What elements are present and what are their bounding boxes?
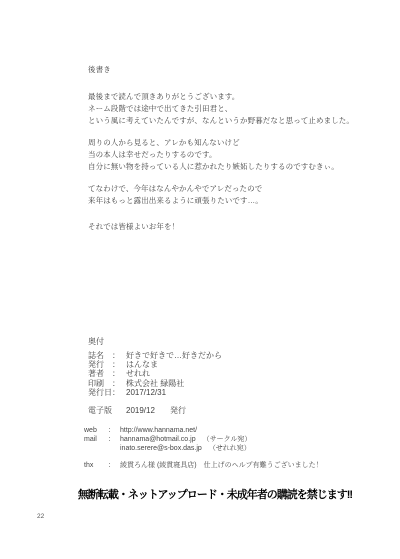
afterword-closing: それでは皆様よいお年を！ bbox=[88, 221, 388, 233]
afterword-line: 当の本人は幸せだったりするのです。 bbox=[88, 149, 388, 161]
colophon-separator: ： bbox=[112, 388, 126, 397]
website-url: http://www.hannama.net/ bbox=[120, 427, 197, 436]
email-address: inato.serere@s-box.das.jp bbox=[120, 445, 202, 454]
colophon-section: 奥付 誌名 ： 好きで好きで…好きだから 発行 ： はんなま 著者 ： せれれ … bbox=[88, 337, 388, 416]
colophon-separator: ： bbox=[112, 369, 126, 378]
colophon-value: せれれ bbox=[126, 369, 150, 378]
afterword-line: ネーム段階では途中で出てきた引田君と、 bbox=[88, 103, 388, 115]
colophon-label: 発行 bbox=[88, 360, 112, 369]
afterword-line: という風に考えていたんですが、なんというか野暮だなと思って止めました。 bbox=[88, 115, 388, 127]
digital-edition-suffix: 発行 bbox=[170, 406, 186, 415]
colophon-row-publisher: 発行 ： はんなま bbox=[88, 360, 388, 369]
afterword-line: 最後まで読んで頂きありがとうございます。 bbox=[88, 91, 388, 103]
colophon-value: 2017/12/31 bbox=[126, 388, 166, 397]
email-note: （サークル宛） bbox=[203, 436, 252, 445]
colophon-value: 好きで好きで…好きだから bbox=[126, 351, 222, 360]
digital-edition-label: 電子版 bbox=[88, 406, 126, 415]
colophon-separator: ： bbox=[112, 351, 126, 360]
contact-row-mail-circle: mail ： hannama@hotmail.co.jp （サークル宛） bbox=[84, 436, 384, 445]
reproduction-warning: 無断転載・ネットアップロード・未成年者の購読を禁じます!! bbox=[30, 486, 400, 502]
colophon-separator: ： bbox=[112, 360, 126, 369]
contact-separator: ： bbox=[108, 462, 120, 471]
colophon-value: 株式会社 緑陽社 bbox=[126, 379, 184, 388]
thanks-name: 綾貫ろん様 (綾貫寝具店) bbox=[120, 462, 197, 471]
contact-row-thanks: thx ： 綾貫ろん様 (綾貫寝具店) 仕上げのヘルプ有難うございました！ bbox=[84, 462, 384, 471]
digital-edition-row: 電子版 2019/12 発行 bbox=[88, 406, 388, 415]
colophon-title: 奥付 bbox=[88, 337, 388, 346]
afterword-paragraph: 最後まで読んで頂きありがとうございます。 ネーム段階では途中で出てきた引田君と、… bbox=[88, 91, 388, 127]
colophon-separator: ： bbox=[112, 379, 126, 388]
afterword-line: 周りの人から見ると、アレかも知んないけど bbox=[88, 137, 388, 149]
afterword-line: 自分に無い物を持っている人に惹かれたり嫉妬したりするのですむきぃ。 bbox=[88, 161, 388, 173]
afterword-paragraph: 周りの人から見ると、アレかも知んないけど 当の本人は幸せだったりするのです。 自… bbox=[88, 137, 388, 173]
contact-section: web ： http://www.hannama.net/ mail ： han… bbox=[84, 427, 384, 471]
contact-label: web bbox=[84, 427, 108, 436]
contact-separator: ： bbox=[108, 436, 120, 445]
contact-separator: ： bbox=[108, 427, 120, 436]
colophon-label: 著者 bbox=[88, 369, 112, 378]
contact-label bbox=[84, 445, 108, 454]
afterword-line: てなわけで、今年はなんやかんやでアレだったので bbox=[88, 183, 388, 195]
contact-label: mail bbox=[84, 436, 108, 445]
thanks-message: 仕上げのヘルプ有難うございました！ bbox=[204, 462, 323, 471]
contact-label: thx bbox=[84, 462, 108, 471]
contact-separator bbox=[108, 445, 120, 454]
afterword-paragraph: てなわけで、今年はなんやかんやでアレだったので 来年はもっと露出出来るように頑張… bbox=[88, 183, 388, 207]
email-note: （せれれ宛） bbox=[209, 445, 251, 454]
page-number: 22 bbox=[37, 513, 44, 520]
colophon-row-title: 誌名 ： 好きで好きで…好きだから bbox=[88, 351, 388, 360]
colophon-row-pubdate: 発行日 ： 2017/12/31 bbox=[88, 388, 388, 397]
digital-edition-date: 2019/12 bbox=[126, 406, 170, 415]
colophon-row-author: 著者 ： せれれ bbox=[88, 369, 388, 378]
colophon-label: 誌名 bbox=[88, 351, 112, 360]
contact-row-web: web ： http://www.hannama.net/ bbox=[84, 427, 384, 436]
colophon-label: 印刷 bbox=[88, 379, 112, 388]
afterword-line: それでは皆様よいお年を！ bbox=[88, 221, 388, 233]
colophon-value: はんなま bbox=[126, 360, 158, 369]
colophon-label: 発行日 bbox=[88, 388, 112, 397]
afterword-line: 来年はもっと露出出来るように頑張りたいです…。 bbox=[88, 195, 388, 207]
contact-row-mail-author: inato.serere@s-box.das.jp （せれれ宛） bbox=[84, 445, 384, 454]
email-address: hannama@hotmail.co.jp bbox=[120, 436, 196, 445]
scanned-doujin-page: 後書き 最後まで読んで頂きありがとうございます。 ネーム段階では途中で出てきた引… bbox=[0, 0, 400, 559]
afterword-title: 後書き bbox=[88, 64, 388, 76]
colophon-row-printer: 印刷 ： 株式会社 緑陽社 bbox=[88, 379, 388, 388]
afterword-section: 後書き 最後まで読んで頂きありがとうございます。 ネーム段階では途中で出てきた引… bbox=[88, 64, 388, 243]
